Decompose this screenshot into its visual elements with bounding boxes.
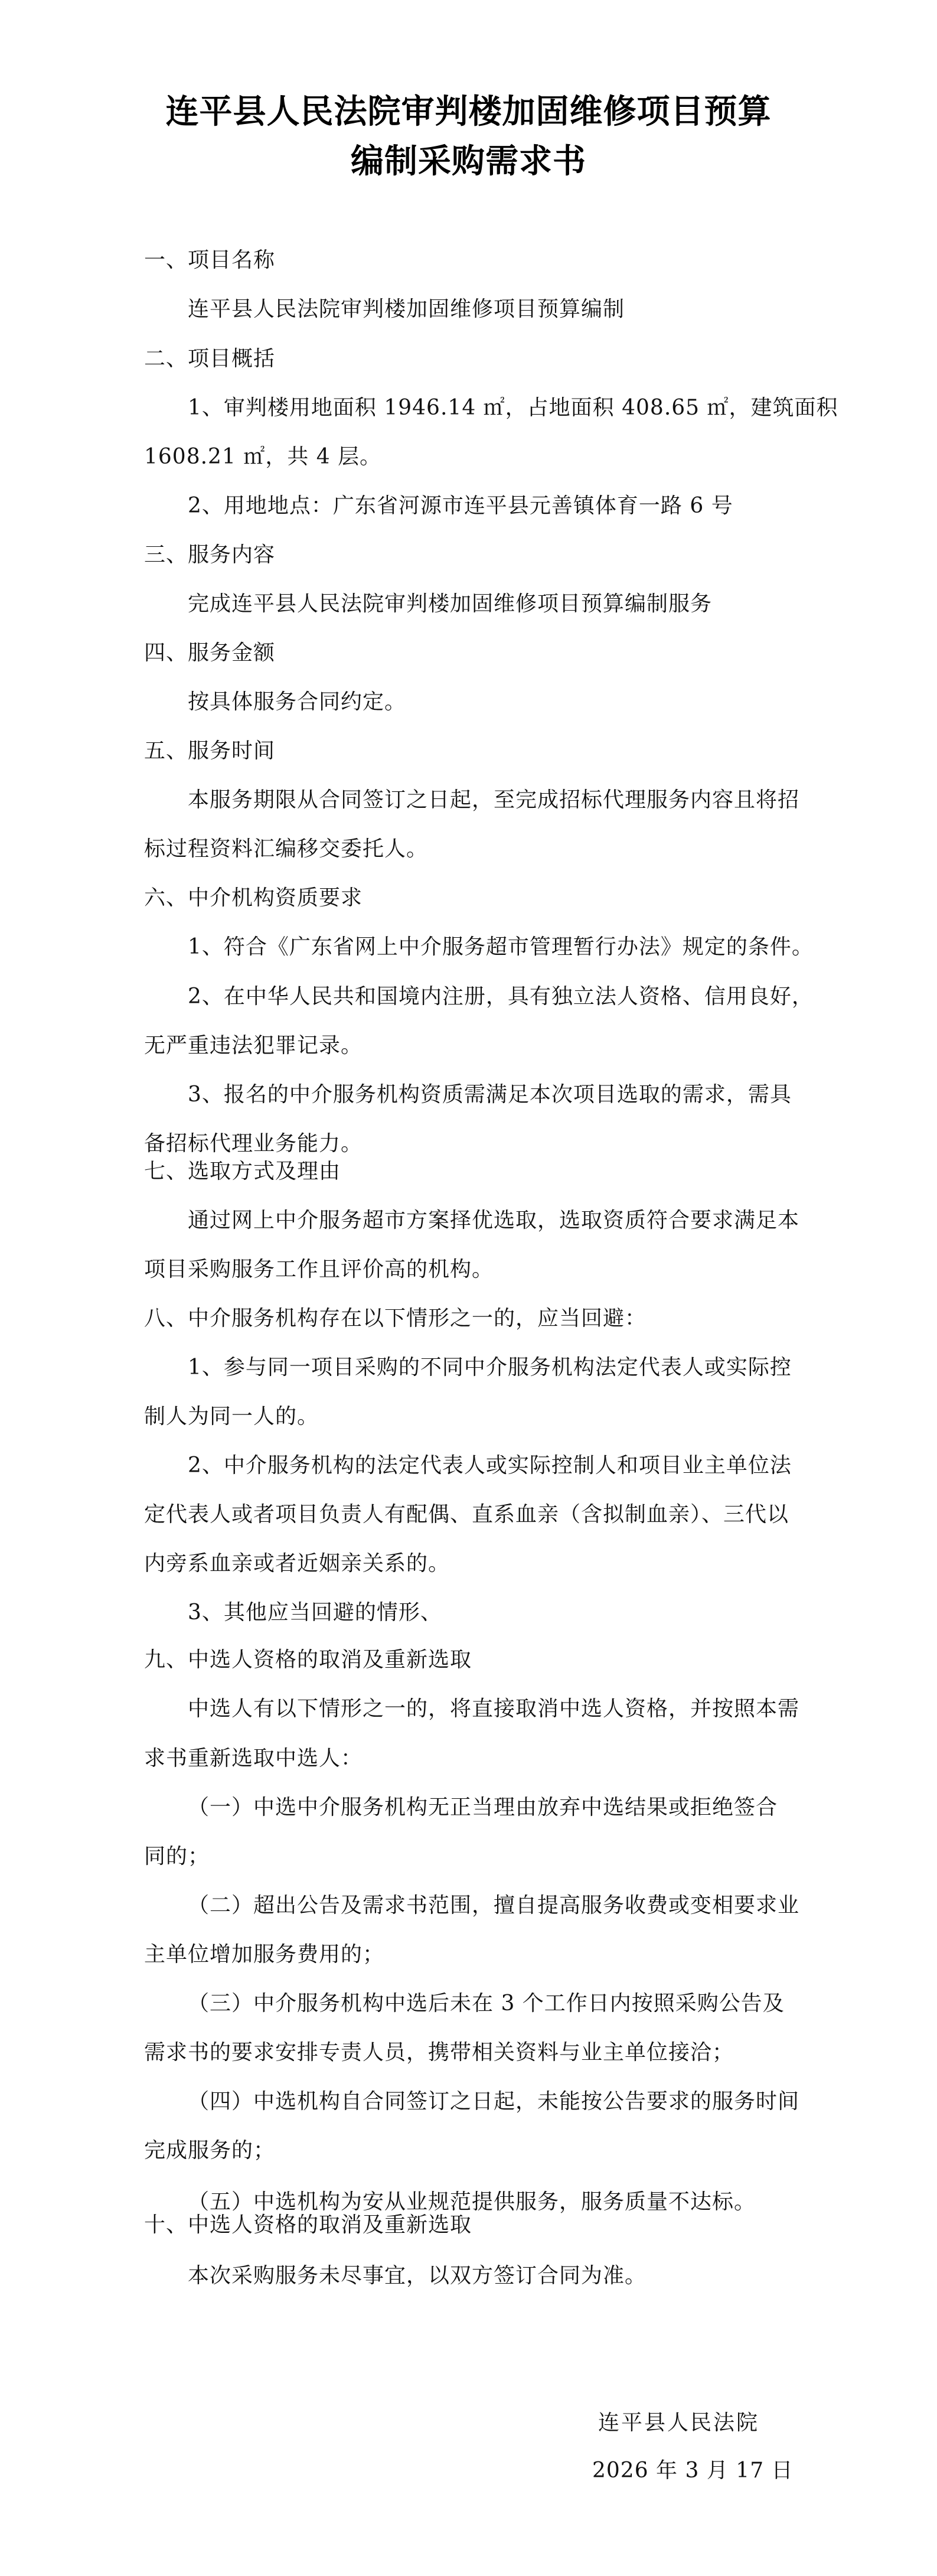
paragraph-line: 定代表人或者项目负责人有配偶、直系血亲（含拟制血亲）、三代以 xyxy=(144,1503,799,1527)
paragraph-line: 1、符合《广东省网上中介服务超市管理暂行办法》规定的条件。 xyxy=(188,935,799,959)
paragraph-line: 需求书的要求安排专责人员，携带相关资料与业主单位接洽； xyxy=(144,2041,799,2065)
paragraph-line: 3、报名的中介服务机构资质需满足本次项目选取的需求，需具 xyxy=(188,1083,799,1107)
section-heading-selection-method: 七、选取方式及理由 xyxy=(144,1160,799,1183)
paragraph-line: 本服务期限从合同签订之日起，至完成招标代理服务内容且将招 xyxy=(188,788,799,812)
section-heading-disqualification: 九、中选人资格的取消及重新选取 xyxy=(144,1648,799,1672)
paragraph-line: 主单位增加服务费用的； xyxy=(144,1943,799,1967)
document-title-line-1: 连平县人民法院审判楼加固维修项目预算 xyxy=(0,93,937,130)
paragraph-line: 备招标代理业务能力。 xyxy=(144,1132,799,1156)
paragraph-line: 1、审判楼用地面积 1946.14 ㎡，占地面积 408.65 ㎡，建筑面积 xyxy=(188,396,799,420)
paragraph-line: 完成连平县人民法院审判楼加固维修项目预算编制服务 xyxy=(188,592,799,616)
paragraph-line: 项目采购服务工作且评价高的机构。 xyxy=(144,1258,799,1282)
signature-date: 2026 年 3 月 17 日 xyxy=(592,2459,794,2483)
paragraph-line: 3、其他应当回避的情形、 xyxy=(188,1601,799,1625)
paragraph-line: 中选人有以下情形之一的，将直接取消中选人资格，并按照本需 xyxy=(188,1697,799,1721)
document-page: 连平县人民法院审判楼加固维修项目预算 编制采购需求书 一、项目名称 连平县人民法… xyxy=(0,0,937,2576)
paragraph-line: 2、在中华人民共和国境内注册，具有独立法人资格、信用良好， xyxy=(188,985,799,1009)
paragraph-line: （四）中选机构自合同签订之日起，未能按公告要求的服务时间 xyxy=(188,2090,843,2114)
section-heading-service-time: 五、服务时间 xyxy=(144,739,799,763)
section-heading-other-matters: 十、中选人资格的取消及重新选取 xyxy=(144,2213,799,2237)
section-heading-service-content: 三、服务内容 xyxy=(144,543,799,567)
paragraph-line: （五）中选机构为安从业规范提供服务，服务质量不达标。 xyxy=(188,2190,843,2214)
document-title-line-2: 编制采购需求书 xyxy=(0,143,937,180)
paragraph-line: 2、用地地点：广东省河源市连平县元善镇体育一路 6 号 xyxy=(188,494,799,518)
section-heading-project-overview: 二、项目概括 xyxy=(144,347,799,371)
section-heading-qualification-requirements: 六、中介机构资质要求 xyxy=(144,886,799,910)
paragraph-line: 连平县人民法院审判楼加固维修项目预算编制 xyxy=(188,298,799,321)
section-heading-service-amount: 四、服务金额 xyxy=(144,641,799,665)
paragraph-line: 内旁系血亲或者近姻亲关系的。 xyxy=(144,1552,799,1576)
paragraph-line: 标过程资料汇编移交委托人。 xyxy=(144,837,799,861)
paragraph-line: （一）中选中介服务机构无正当理由放弃中选结果或拒绝签合 xyxy=(188,1796,843,1819)
signature-organization: 连平县人民法院 xyxy=(598,2411,759,2435)
paragraph-line: 1608.21 ㎡，共 4 层。 xyxy=(144,445,799,469)
paragraph-line: 完成服务的； xyxy=(144,2139,799,2163)
paragraph-line: 求书重新选取中选人： xyxy=(144,1747,799,1770)
paragraph-line: （二）超出公告及需求书范围，擅自提高服务收费或变相要求业 xyxy=(188,1894,843,1918)
section-heading-recusal-conditions: 八、中介服务机构存在以下情形之一的，应当回避： xyxy=(144,1307,799,1331)
section-heading-project-name: 一、项目名称 xyxy=(144,249,799,272)
paragraph-line: 2、中介服务机构的法定代表人或实际控制人和项目业主单位法 xyxy=(188,1454,799,1478)
paragraph-line: 1、参与同一项目采购的不同中介服务机构法定代表人或实际控 xyxy=(188,1356,799,1380)
paragraph-line: 制人为同一人的。 xyxy=(144,1405,799,1429)
paragraph-line: 通过网上中介服务超市方案择优选取，选取资质符合要求满足本 xyxy=(188,1209,799,1232)
paragraph-line: 同的； xyxy=(144,1845,799,1869)
paragraph-line: （三）中介服务机构中选后未在 3 个工作日内按照采购公告及 xyxy=(188,1992,843,2016)
paragraph-line: 无严重违法犯罪记录。 xyxy=(144,1034,799,1058)
paragraph-line: 按具体服务合同约定。 xyxy=(188,690,799,714)
paragraph-line: 本次采购服务未尽事宜，以双方签订合同为准。 xyxy=(188,2264,799,2288)
